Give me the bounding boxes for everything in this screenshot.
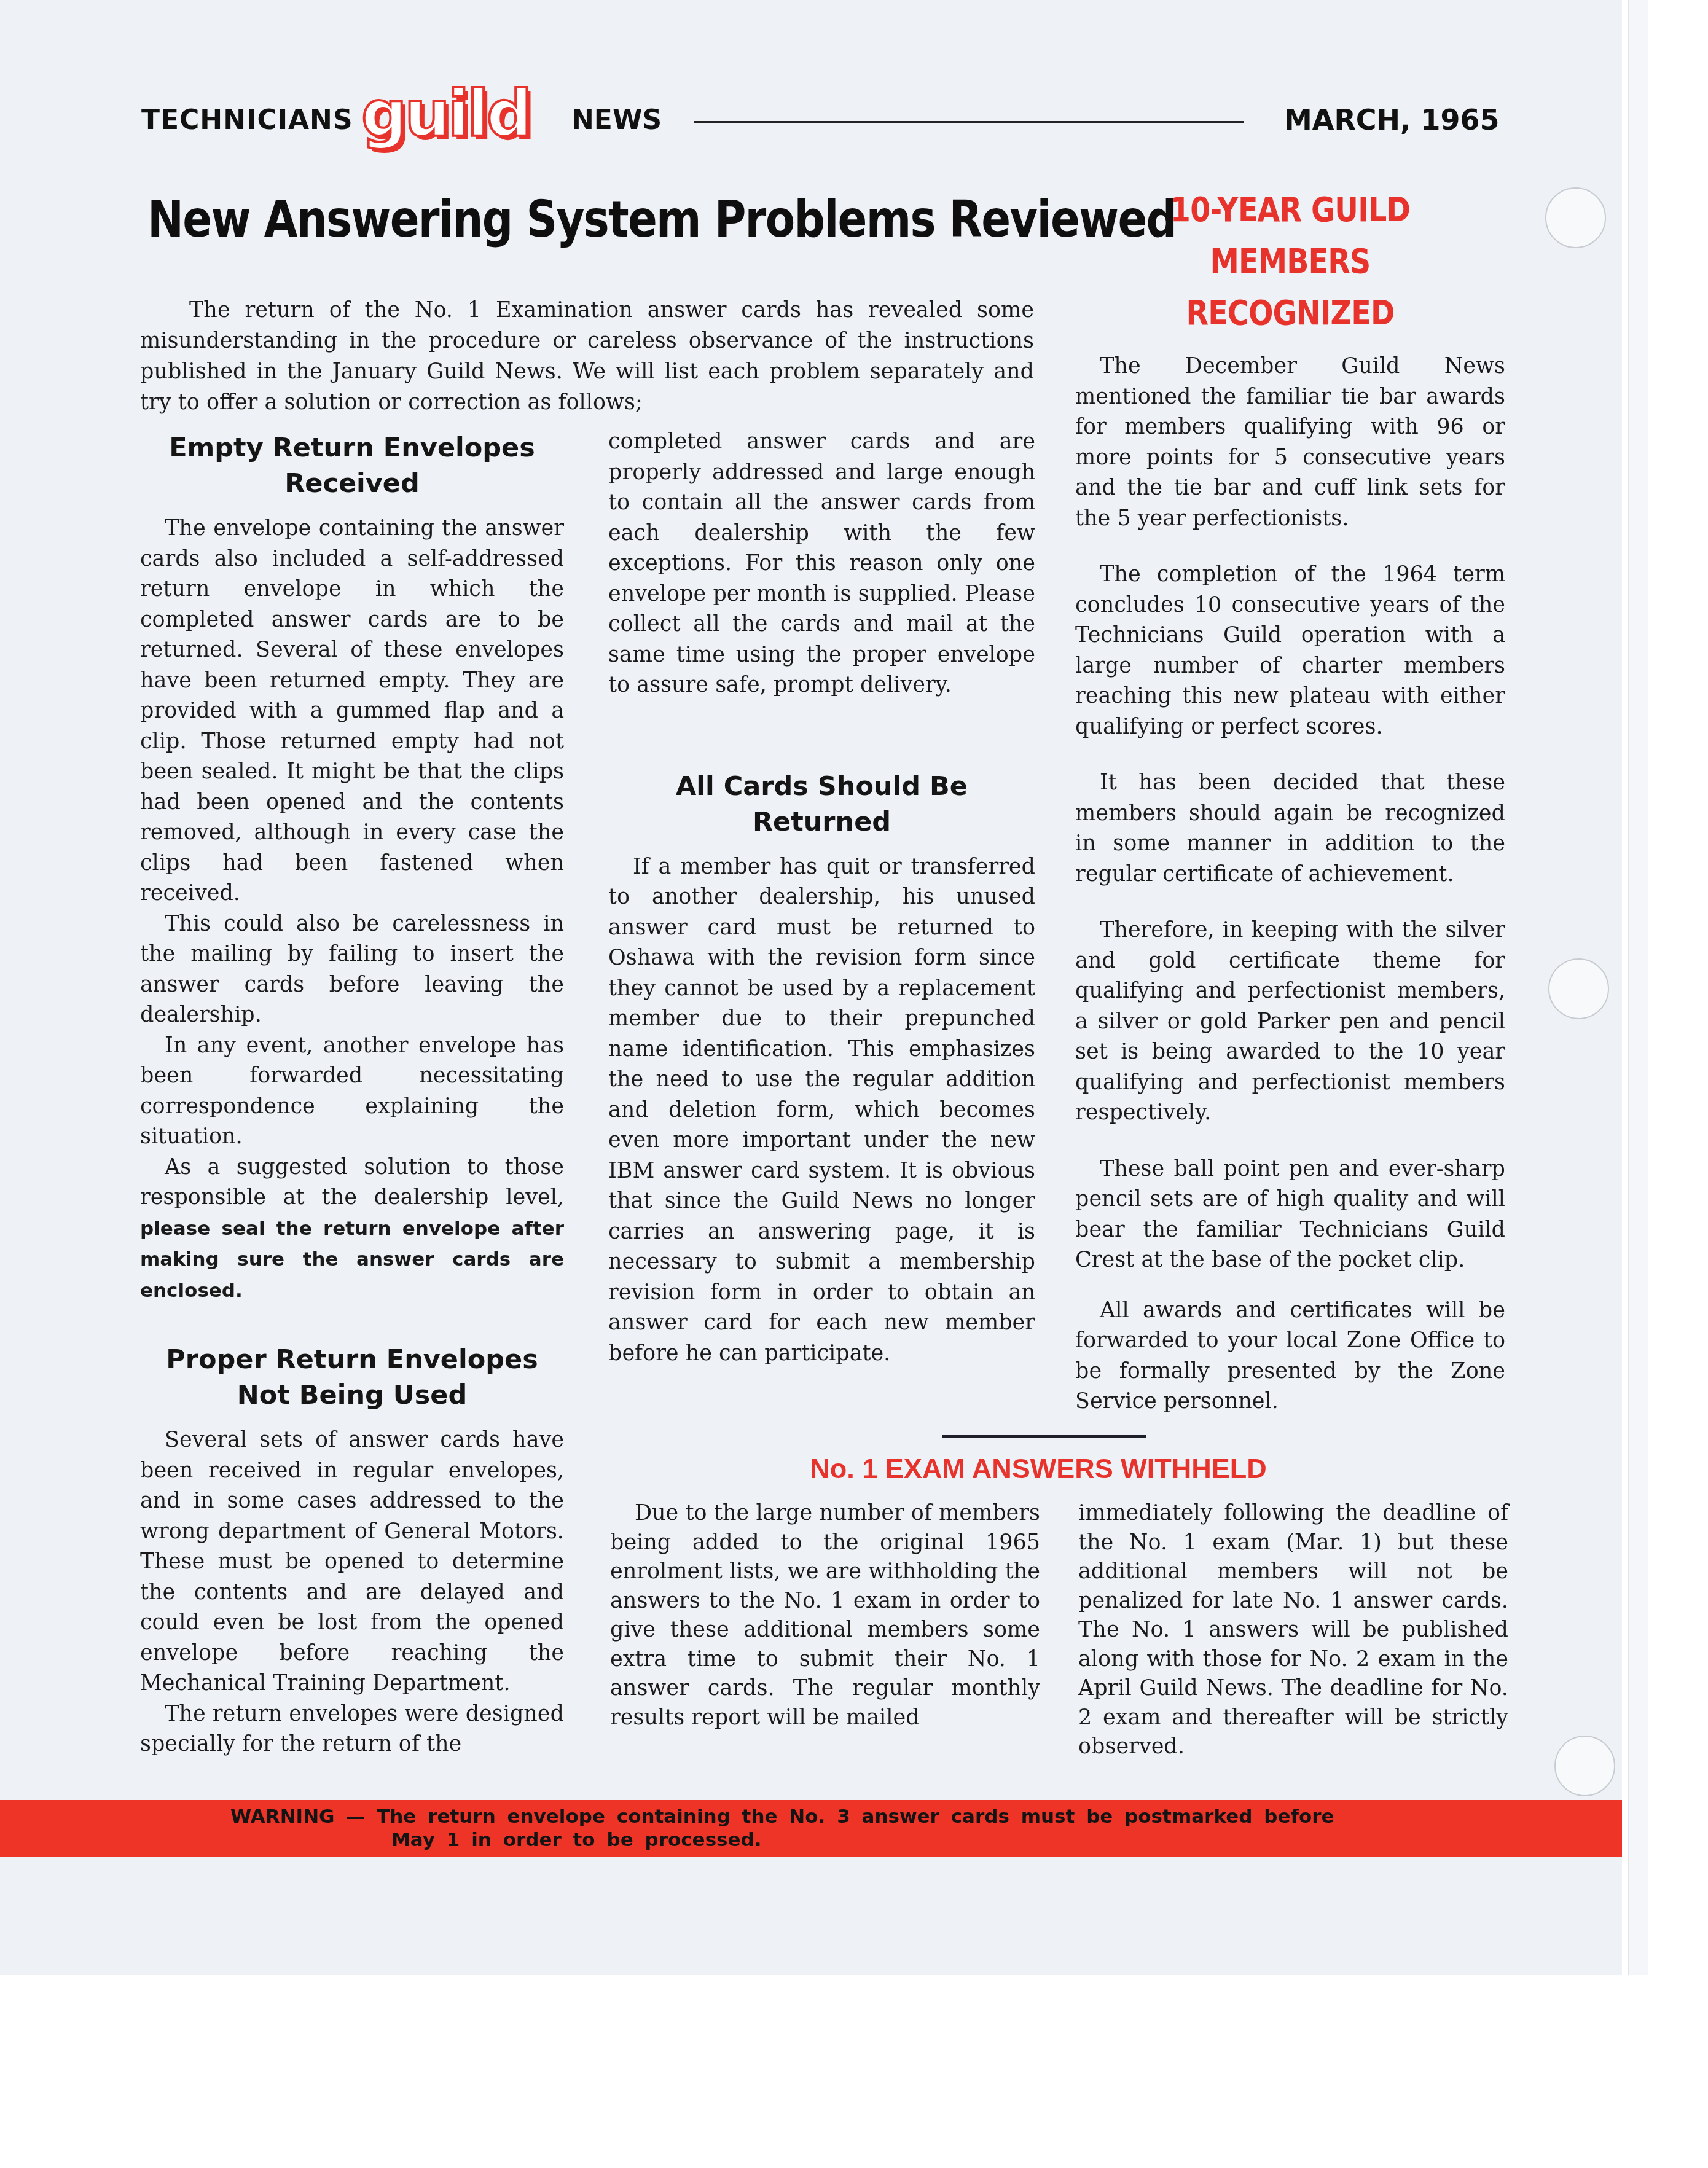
side-headline: 10-YEAR GUILD MEMBERS RECOGNIZED — [1108, 184, 1473, 339]
section-heading-proper-envelopes: Proper Return Envelopes Not Being Used — [140, 1342, 564, 1413]
warning-banner: WARNING — The return envelope containing… — [0, 1800, 1622, 1857]
newsletter-page: TECHNICIANS guild NEWS MARCH, 1965 New A… — [0, 0, 1622, 1975]
main-intro: The return of the No. 1 Examination answ… — [140, 295, 1034, 418]
paragraph: Therefore, in keeping with the silver an… — [1075, 915, 1505, 1129]
masthead-technicians: TECHNICIANS — [141, 104, 353, 136]
issue-date: MARCH, 1965 — [1284, 103, 1500, 136]
paragraph: Due to the large number of members being… — [610, 1499, 1040, 1732]
paragraph: This could also be carelessness in the m… — [140, 909, 564, 1031]
paragraph-continued: completed answer cards and are properly … — [608, 427, 1035, 701]
paragraph: Several sets of answer cards have been r… — [140, 1425, 564, 1699]
paragraph-text: As a suggested solution to those respons… — [140, 1155, 564, 1210]
warning-text: WARNING — The return envelope containing… — [230, 1805, 1459, 1852]
paragraph: If a member has quit or transferred to a… — [608, 852, 1035, 1369]
guild-logo: guild — [361, 80, 530, 147]
paragraph: These ball point pen and ever-sharp penc… — [1075, 1154, 1505, 1276]
column-3: 10-YEAR GUILD MEMBERS RECOGNIZED The Dec… — [1075, 184, 1505, 1417]
paragraph: The completion of the 1964 term conclude… — [1075, 560, 1505, 742]
warning-line-1: WARNING — The return envelope containing… — [230, 1806, 1334, 1828]
paragraph: It has been decided that these members s… — [1075, 768, 1505, 890]
section-heading-empty-envelopes: Empty Return Envelopes Received — [140, 430, 564, 501]
exam-notice-headline: No. 1 EXAM ANSWERS WITHHELD — [664, 1453, 1413, 1485]
emphasis-instruction: please seal the return envelope after ma… — [140, 1218, 564, 1302]
section-divider — [942, 1435, 1146, 1438]
exam-notice-column-1: Due to the large number of members being… — [610, 1499, 1040, 1732]
punch-hole-icon — [1548, 958, 1609, 1019]
masthead: TECHNICIANS guild NEWS MARCH, 1965 — [141, 86, 1505, 154]
paragraph: The return envelopes were designed speci… — [140, 1699, 564, 1760]
paragraph-continued: immediately following the deadline of th… — [1078, 1499, 1508, 1762]
exam-notice-column-2: immediately following the deadline of th… — [1078, 1499, 1508, 1762]
section-heading-all-cards: All Cards Should Be Returned — [608, 769, 1035, 840]
page-edge — [1628, 0, 1648, 1975]
warning-line-2: May 1 in order to be processed. — [230, 1828, 1459, 1852]
column-2: completed answer cards and are properly … — [608, 427, 1035, 1369]
masthead-news: NEWS — [571, 104, 662, 136]
paragraph: The envelope containing the answer cards… — [140, 514, 564, 909]
masthead-rule — [694, 121, 1244, 123]
paragraph: All awards and certificates will be forw… — [1075, 1296, 1505, 1417]
paragraph: In any event, another envelope has been … — [140, 1031, 564, 1152]
paragraph: The December Guild News mentioned the fa… — [1075, 351, 1505, 534]
punch-hole-icon — [1554, 1736, 1615, 1796]
column-1: Empty Return Envelopes Received The enve… — [140, 430, 564, 1760]
punch-hole-icon — [1545, 187, 1606, 248]
main-headline: New Answering System Problems Reviewed — [147, 190, 903, 249]
paragraph: As a suggested solution to those respons… — [140, 1152, 564, 1307]
